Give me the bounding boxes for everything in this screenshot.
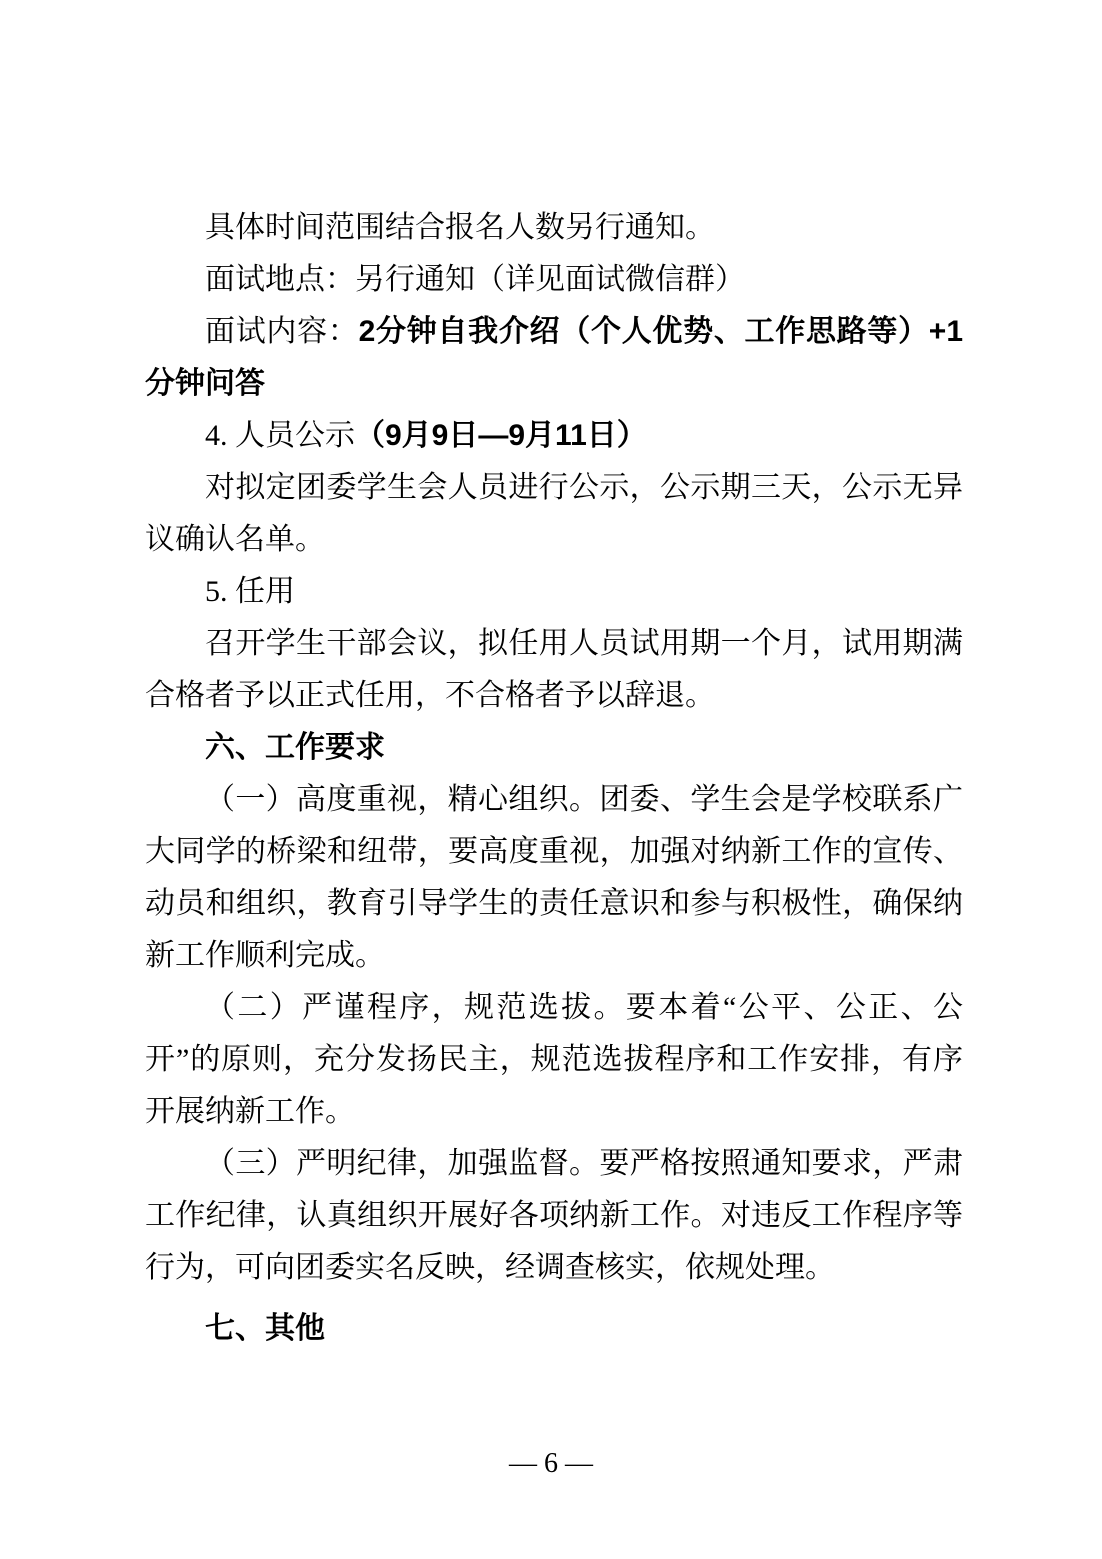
section-heading: 七、其他 [145,1303,963,1355]
paragraph: （三）严明纪律，加强监督。要严格按照通知要求，严肃工作纪律，认真组织开展好各项纳… [145,1138,963,1294]
text-segment: （三）严明纪律，加强监督。要严格按照通知要求，严肃工作纪律，认真组织开展好各项纳… [145,1147,963,1284]
text-segment: 5. 任用 [205,575,295,608]
bold-text-segment: （9月9日—9月11日） [355,419,647,452]
paragraph: （二）严谨程序，规范选拔。要本着“公平、公正、公开”的原则，充分发扬民主，规范选… [145,982,963,1138]
paragraph: 召开学生干部会议，拟任用人员试用期一个月，试用期满合格者予以正式任用，不合格者予… [145,618,963,722]
text-segment: （一）高度重视，精心组织。团委、学生会是学校联系广大同学的桥梁和纽带，要高度重视… [145,783,963,972]
bold-text-segment: 六、工作要求 [205,731,385,764]
text-segment: 面试内容： [205,315,359,348]
paragraph: （一）高度重视，精心组织。团委、学生会是学校联系广大同学的桥梁和纽带，要高度重视… [145,774,963,982]
document-page: 具体时间范围结合报名人数另行通知。面试地点：另行通知（详见面试微信群）面试内容：… [0,0,1102,1559]
text-segment: 召开学生干部会议，拟任用人员试用期一个月，试用期满合格者予以正式任用，不合格者予… [145,627,963,712]
text-segment: （二）严谨程序，规范选拔。要本着“公平、公正、公开”的原则，充分发扬民主，规范选… [145,991,963,1128]
text-segment: 具体时间范围结合报名人数另行通知。 [205,211,715,244]
document-text-block: 具体时间范围结合报名人数另行通知。面试地点：另行通知（详见面试微信群）面试内容：… [145,202,963,1355]
paragraph: 4. 人员公示（9月9日—9月11日） [145,410,963,462]
text-segment: 面试地点：另行通知（详见面试微信群） [205,263,745,296]
paragraph: 5. 任用 [145,566,963,618]
page-number: — 6 — [0,1446,1102,1482]
bold-text-segment: 七、其他 [205,1312,325,1345]
paragraph: 面试地点：另行通知（详见面试微信群） [145,254,963,306]
paragraph: 面试内容：2分钟自我介绍（个人优势、工作思路等）+1分钟问答 [145,306,963,410]
text-segment: 4. 人员公示 [205,419,355,452]
text-segment: 对拟定团委学生会人员进行公示，公示期三天，公示无异议确认名单。 [145,471,963,556]
paragraph: 对拟定团委学生会人员进行公示，公示期三天，公示无异议确认名单。 [145,462,963,566]
paragraph: 具体时间范围结合报名人数另行通知。 [145,202,963,254]
section-heading: 六、工作要求 [145,722,963,774]
